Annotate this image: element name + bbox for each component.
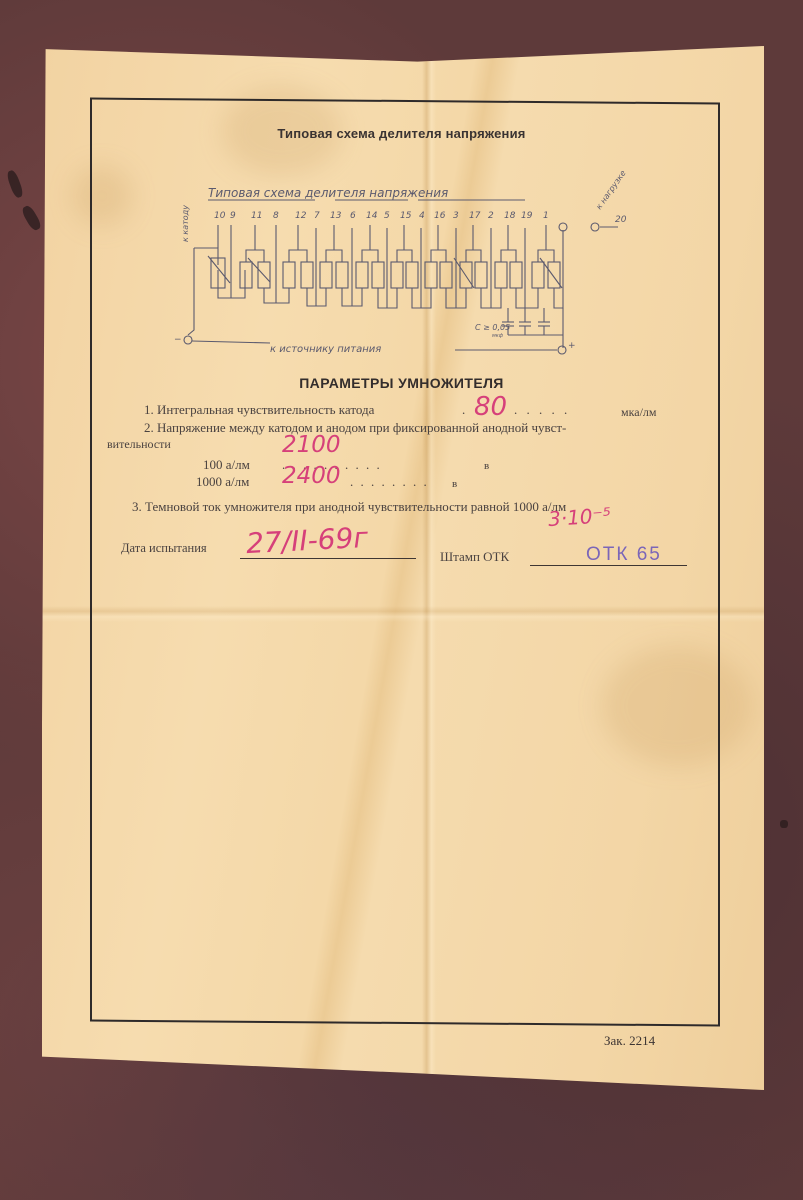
- order-number: Зак. 2214: [604, 1033, 655, 1049]
- svg-text:13: 13: [330, 211, 342, 221]
- svg-text:3: 3: [453, 211, 459, 221]
- svg-text:к источнику питания: к источнику питания: [270, 344, 381, 355]
- item-1-dots-before: .: [462, 402, 472, 418]
- svg-text:−: −: [174, 335, 182, 345]
- felt-speck: [780, 820, 788, 828]
- svg-text:Типовая схема делителя напряже: Типовая схема делителя напряжения: [208, 186, 448, 200]
- item-3-label: 3. Темновой ток умножителя при анодной ч…: [132, 499, 566, 515]
- voltage-100-label: 100 а/лм: [203, 457, 250, 473]
- svg-text:+: +: [568, 341, 576, 351]
- voltage-100-unit: в: [484, 460, 489, 472]
- svg-text:18: 18: [504, 211, 516, 221]
- svg-text:14: 14: [366, 211, 378, 221]
- dark-current-value: 3·10⁻⁵: [547, 503, 612, 531]
- stamp-label: Штамп ОТК: [440, 549, 509, 565]
- svg-text:8: 8: [273, 211, 279, 221]
- item-1-value: 80: [474, 392, 507, 422]
- otk-stamp: ОТК 65: [586, 544, 662, 566]
- svg-text:19: 19: [521, 211, 533, 221]
- test-date-value: 27/II-69г: [245, 521, 369, 560]
- svg-text:9: 9: [230, 211, 236, 221]
- svg-text:10: 10: [214, 211, 226, 221]
- svg-text:12: 12: [295, 211, 307, 221]
- svg-text:5: 5: [384, 211, 390, 221]
- svg-text:20: 20: [615, 215, 627, 225]
- voltage-1000-unit: в: [452, 478, 457, 490]
- item-1-dots-after: . . . . .: [514, 402, 570, 418]
- svg-text:16: 16: [434, 211, 446, 221]
- test-date-label: Дата испытания: [121, 541, 207, 556]
- svg-text:15: 15: [400, 211, 412, 221]
- item-2-label-line2: вительности: [107, 437, 171, 452]
- photo-scene: Типовая схема делителя напряжения: [0, 0, 803, 1200]
- item-2-label-line1: 2. Напряжение между катодом и анодом при…: [144, 420, 566, 436]
- item-1-unit: мка/лм: [621, 405, 656, 420]
- svg-text:17: 17: [469, 211, 481, 221]
- svg-text:мкф: мкф: [492, 333, 504, 339]
- svg-text:4: 4: [419, 211, 425, 221]
- item-1-label: 1. Интегральная чувствительность катода: [144, 402, 374, 418]
- voltage-100-value: 2100: [282, 432, 341, 458]
- voltage-divider-schematic: Типовая схема делителя напряжения 10911 …: [170, 170, 650, 360]
- felt-speck: [6, 169, 25, 199]
- svg-text:C ≥ 0,05: C ≥ 0,05: [475, 323, 510, 332]
- svg-text:6: 6: [350, 211, 356, 221]
- voltage-1000-label: 1000 а/лм: [196, 474, 249, 490]
- svg-text:7: 7: [314, 211, 320, 221]
- svg-text:2: 2: [488, 211, 494, 221]
- felt-speck: [20, 204, 43, 232]
- svg-text:к катоду: к катоду: [181, 205, 190, 242]
- parameters-title: ПАРАМЕТРЫ УМНОЖИТЕЛЯ: [0, 375, 803, 391]
- svg-text:1: 1: [543, 211, 549, 221]
- voltage-1000-dots: . . . . . . . .: [350, 474, 429, 490]
- voltage-1000-value: 2400: [282, 463, 341, 489]
- document-heading: Типовая схема делителя напряжения: [0, 126, 803, 141]
- svg-text:к нагрузке: к нагрузке: [594, 170, 628, 211]
- svg-text:11: 11: [251, 211, 262, 221]
